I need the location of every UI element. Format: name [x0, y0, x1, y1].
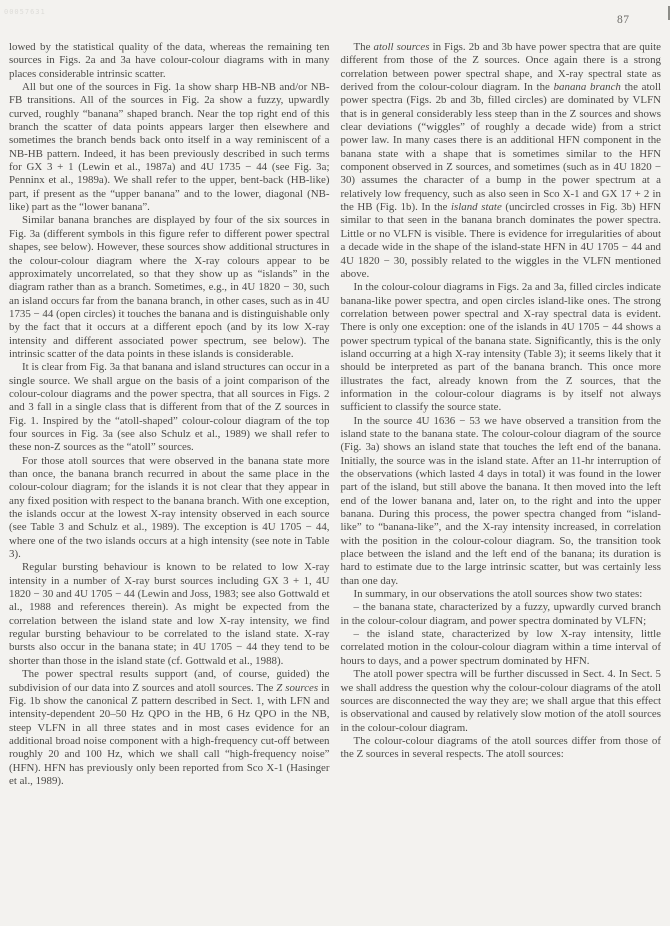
paragraph: – the island state, characterized by low… — [341, 628, 662, 668]
paragraph: The atoll power spectra will be further … — [341, 668, 662, 735]
right-column: The atoll sources in Figs. 2b and 3b hav… — [341, 41, 662, 788]
paragraph: For those atoll sources that were observ… — [9, 455, 330, 562]
paragraph: – the banana state, characterized by a f… — [341, 601, 662, 628]
paragraph: The power spectral results support (and,… — [9, 668, 330, 788]
paragraph: Similar banana branches are displayed by… — [9, 214, 330, 361]
scan-artifact-text: 00057631 — [4, 8, 46, 16]
paragraph: lowed by the statistical quality of the … — [9, 41, 330, 81]
page-number: 87 — [617, 14, 630, 26]
paper-page: 00057631 87 lowed by the statistical qua… — [0, 0, 670, 926]
paragraph: The colour-colour diagrams of the atoll … — [341, 735, 662, 762]
left-column: lowed by the statistical quality of the … — [9, 41, 330, 788]
paragraph: In the source 4U 1636 − 53 we have obser… — [341, 415, 662, 588]
paragraph: The atoll sources in Figs. 2b and 3b hav… — [341, 41, 662, 281]
paragraph: Regular bursting behaviour is known to b… — [9, 561, 330, 668]
paragraph: It is clear from Fig. 3a that banana and… — [9, 361, 330, 454]
text-body: lowed by the statistical quality of the … — [9, 41, 661, 788]
paragraph: All but one of the sources in Fig. 1a sh… — [9, 81, 330, 214]
paragraph: In summary, in our observations the atol… — [341, 588, 662, 601]
paragraph: In the colour-colour diagrams in Figs. 2… — [341, 281, 662, 414]
